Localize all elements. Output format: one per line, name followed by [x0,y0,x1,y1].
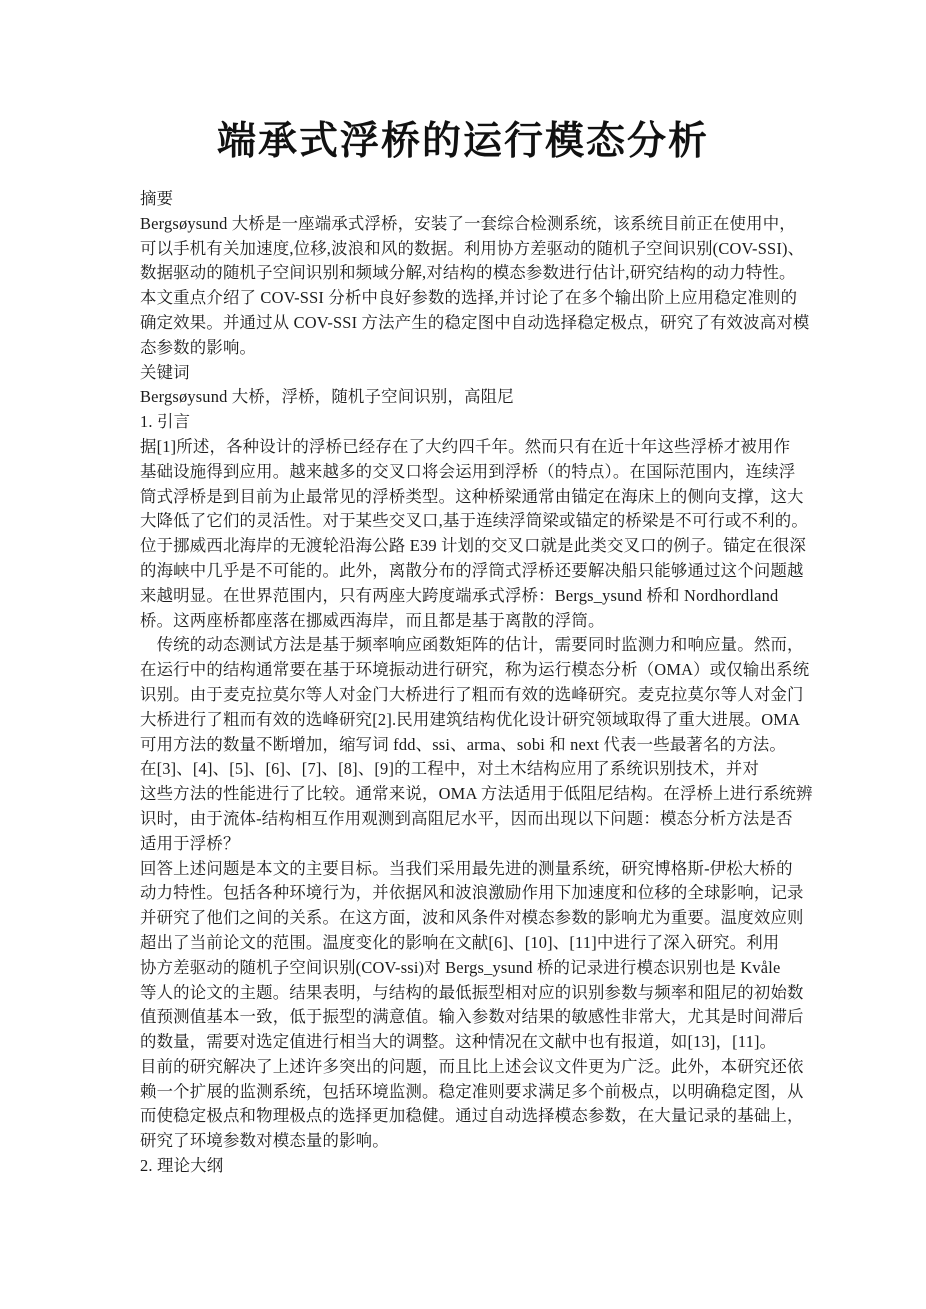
abstract-label: 摘要 [140,187,795,212]
text-line: 赖一个扩展的监测系统，包括环境监测。稳定准则要求满足多个前极点，以明确稳定图，从 [140,1080,795,1105]
text-line: 基础设施得到应用。越来越多的交叉口将会运用到浮桥（的特点）。在国际范围内，连续浮 [140,460,795,485]
text-line: 大桥进行了粗而有效的选峰研究[2].民用建筑结构优化设计研究领域取得了重大进展。… [140,708,795,733]
section-1-heading: 1. 引言 [140,410,795,435]
keywords-line: Bergsøysund 大桥，浮桥，随机子空间识别，高阻尼 [140,385,795,410]
document-title: 端承式浮桥的运行模态分析 [0,110,926,166]
text-line: 来越明显。在世界范围内，只有两座大跨度端承式浮桥：Bergs_ysund 桥和 … [140,584,795,609]
text-line: 的海峡中几乎是不可能的。此外，离散分布的浮筒式浮桥还要解决船只能够通过这个问题越 [140,559,795,584]
text-line: 的数量，需要对选定值进行相当大的调整。这种情况在文献中也有报道，如[13]，[1… [140,1030,795,1055]
text-line: 超出了当前论文的范围。温度变化的影响在文献[6]、[10]、[11]中进行了深入… [140,931,795,956]
abstract-line: 确定效果。并通过从 COV-SSI 方法产生的稳定图中自动选择稳定极点，研究了有… [140,311,795,336]
text-line: 目前的研究解决了上述许多突出的问题，而且比上述会议文件更为广泛。此外，本研究还依 [140,1055,795,1080]
document-body: 摘要 Bergsøysund 大桥是一座端承式浮桥，安装了一套综合检测系统，该系… [140,187,795,1179]
text-line: 并研究了他们之间的关系。在这方面，波和风条件对模态参数的影响尤为重要。温度效应则 [140,906,795,931]
text-line: 动力特性。包括各种环境行为，并依据风和波浪激励作用下加速度和位移的全球影响，记录 [140,881,795,906]
keywords-label: 关键词 [140,361,795,386]
text-line: 传统的动态测试方法是基于频率响应函数矩阵的估计，需要同时监测力和响应量。然而， [140,633,795,658]
text-line: 识别。由于麦克拉莫尔等人对金门大桥进行了粗而有效的选峰研究。麦克拉莫尔等人对金门 [140,683,795,708]
text-line: 适用于浮桥？ [140,832,795,857]
abstract-line: 数据驱动的随机子空间识别和频域分解,对结构的模态参数进行估计,研究结构的动力特性… [140,261,795,286]
text-line: 位于挪威西北海岸的无渡轮沿海公路 E39 计划的交叉口就是此类交叉口的例子。锚定… [140,534,795,559]
section-2-heading: 2. 理论大纲 [140,1154,795,1179]
text-line: 筒式浮桥是到目前为止最常见的浮桥类型。这种桥梁通常由锚定在海床上的侧向支撑，这大 [140,485,795,510]
text-line: 识时，由于流体-结构相互作用观测到高阻尼水平，因而出现以下问题：模态分析方法是否 [140,807,795,832]
text-line: 可用方法的数量不断增加，缩写词 fdd、ssi、arma、sobi 和 next… [140,733,795,758]
text-line: 值预测值基本一致，低于振型的满意值。输入参数对结果的敏感性非常大，尤其是时间滞后 [140,1005,795,1030]
text-line: 协方差驱动的随机子空间识别(COV-ssi)对 Bergs_ysund 桥的记录… [140,956,795,981]
abstract-line: 可以手机有关加速度,位移,波浪和风的数据。利用协方差驱动的随机子空间识别(COV… [140,237,795,262]
text-line: 而使稳定极点和物理极点的选择更加稳健。通过自动选择模态参数，在大量记录的基础上， [140,1104,795,1129]
abstract-line: 本文重点介绍了 COV-SSI 分析中良好参数的选择,并讨论了在多个输出阶上应用… [140,286,795,311]
abstract-line: 态参数的影响。 [140,336,795,361]
text-line: 研究了环境参数对模态量的影响。 [140,1129,795,1154]
document-page: 端承式浮桥的运行模态分析 摘要 Bergsøysund 大桥是一座端承式浮桥，安… [0,0,926,1309]
abstract-line: Bergsøysund 大桥是一座端承式浮桥，安装了一套综合检测系统，该系统目前… [140,212,795,237]
text-line: 桥。这两座桥都座落在挪威西海岸，而且都是基于离散的浮筒。 [140,609,795,634]
text-line: 这些方法的性能进行了比较。通常来说，OMA 方法适用于低阻尼结构。在浮桥上进行系… [140,782,795,807]
text-line: 回答上述问题是本文的主要目标。当我们采用最先进的测量系统，研究博格斯-伊松大桥的 [140,857,795,882]
text-line: 大降低了它们的灵活性。对于某些交叉口,基于连续浮筒梁或锚定的桥梁是不可行或不利的… [140,509,795,534]
text-line: 在[3]、[4]、[5]、[6]、[7]、[8]、[9]的工程中，对土木结构应用… [140,757,795,782]
text-line: 据[1]所述，各种设计的浮桥已经存在了大约四千年。然而只有在近十年这些浮桥才被用… [140,435,795,460]
text-line: 等人的论文的主题。结果表明，与结构的最低振型相对应的识别参数与频率和阻尼的初始数 [140,981,795,1006]
text-line: 在运行中的结构通常要在基于环境振动进行研究，称为运行模态分析（OMA）或仅输出系… [140,658,795,683]
